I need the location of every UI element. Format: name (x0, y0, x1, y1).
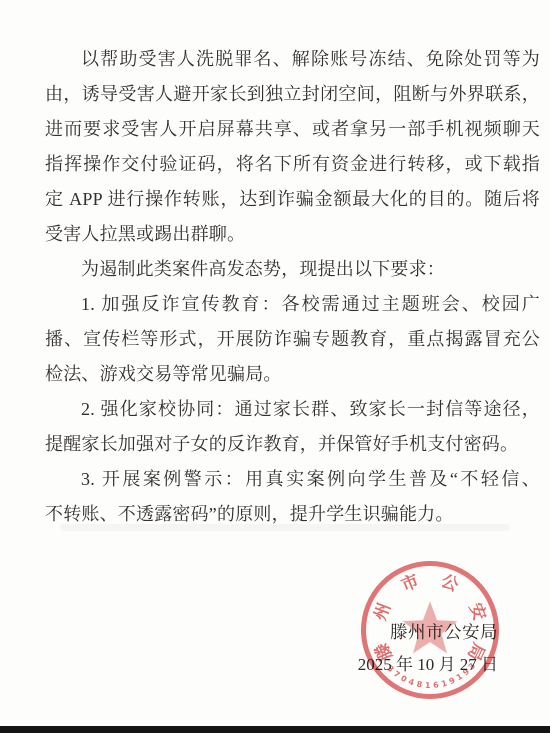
text-line: 以帮助受害人洗脱罪名、解除账号冻结、免除处罚等为 (45, 42, 540, 77)
text-line: 3. 开展案例警示：用真实案例向学生普及“不轻信、 (45, 462, 540, 497)
seal-arc-char: 市 (398, 570, 421, 595)
document-body: 以帮助受害人洗脱罪名、解除账号冻结、免除处罚等为由，诱导受害人避开家长到独立封闭… (45, 42, 540, 532)
text-line: 1. 加强反诈宣传教育：各校需通过主题班会、校园广 (45, 287, 540, 322)
seal-arc-char: 州 (370, 600, 394, 623)
official-seal-stamp-icon: 滕州市公安局 3704816191939 (350, 550, 510, 710)
text-line: 播、宣传栏等形式，开展防诈骗专题教育，重点揭露冒充公 (45, 322, 540, 357)
text-line: 检法、游戏交易等常见骗局。 (45, 357, 540, 392)
text-line: 2. 强化家校协同：通过家长群、致家长一封信等途径， (45, 392, 540, 427)
text-line: 指挥操作交付验证码，将名下所有资金进行转移，或下载指 (45, 147, 540, 182)
text-line: 由，诱导受害人避开家长到独立封闭空间，阻断与外界联系， (45, 77, 540, 112)
text-line: 为遏制此类案件高发态势，现提出以下要求： (45, 252, 540, 287)
seal-arc-char: 安 (466, 600, 491, 623)
scan-artifact (60, 524, 510, 531)
seal-star-icon (403, 602, 456, 653)
seal-arc-char: 滕 (371, 640, 396, 664)
text-line: 定 APP 进行操作转账，达到诈骗金额最大化的目的。随后将 (45, 182, 540, 217)
text-line: 受害人拉黑或踢出群聊。 (45, 217, 540, 252)
seal-arc-char: 公 (438, 571, 461, 595)
document-page: 以帮助受害人洗脱罪名、解除账号冻结、免除处罚等为由，诱导受害人避开家长到独立封闭… (0, 0, 550, 733)
text-line: 进而要求受害人开启屏幕共享、或者拿另一部手机视频聊天 (45, 112, 540, 147)
bottom-border (0, 726, 550, 733)
seal-arc-char: 局 (464, 640, 488, 663)
text-line: 提醒家长加强对子女的反诈教育，并保管好手机支付密码。 (45, 427, 540, 462)
